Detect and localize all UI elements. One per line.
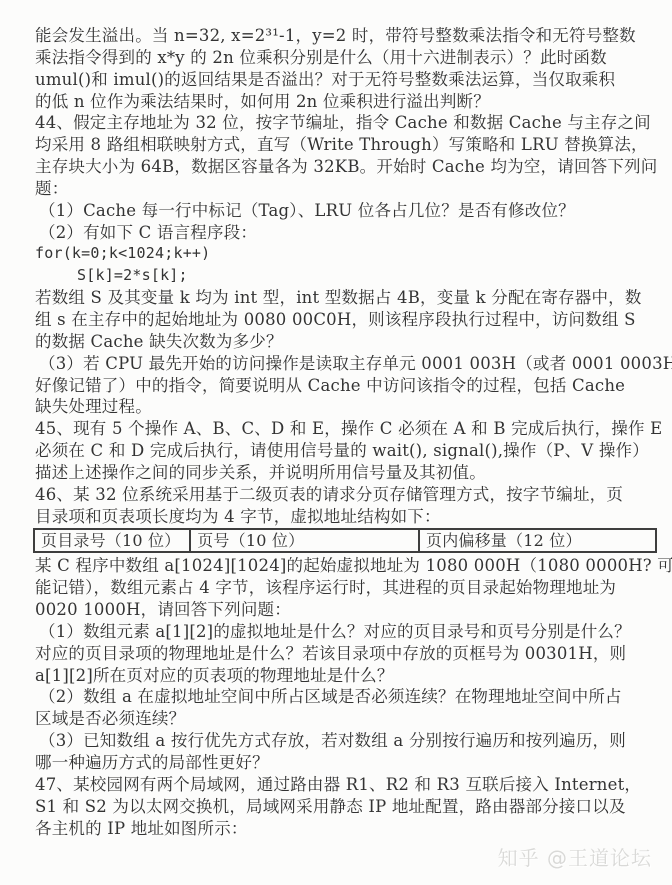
text-line: 的数据 Cache 缺失次数为多少？ [35, 331, 653, 353]
text-line: 能记错），数组元素占 4 字节，该程序运行时，其进程的页目录起始物理地址为 [35, 577, 653, 599]
text-line: 题： [35, 178, 653, 200]
watermark: 知乎 @王道论坛 [498, 842, 652, 871]
text-line: 若数组 S 及其变量 k 均为 int 型，int 型数据占 4B，变量 k 分… [35, 287, 653, 309]
text-line: （1）数组元素 a[1][2]的虚拟地址是什么？对应的页目录号和页号分别是什么？ [35, 621, 653, 643]
text-line: 哪一种遍历方式的局部性更好？ [35, 752, 653, 774]
text-line: 44、假定主存地址为 32 位，按字节编址，指令 Cache 和数据 Cache… [35, 112, 653, 134]
text-line: 46、某 32 位系统采用基于二级页表的请求分页存储管理方式，按字节编址，页 [35, 484, 653, 506]
text-line: 描述上述操作之间的同步关系，并说明所用信号量及其初值。 [35, 462, 653, 484]
text-line: S[k]=2*s[k]; [35, 265, 653, 287]
text-line: 区域是否必须连续？ [35, 708, 653, 730]
text-line: 目录项和页表项长度均为 4 字节，虚拟地址结构如下： [35, 506, 653, 528]
text-line: 的低 n 位作为乘法结果时，如何用 2n 位乘积进行溢出判断？ [35, 91, 653, 113]
address-table-cell: 页内偏移量（12 位） [420, 530, 655, 551]
text-line: 主存块大小为 64B，数据区容量各为 32KB。开始时 Cache 均为空，请回… [35, 156, 653, 178]
text-line: 某 C 程序中数组 a[1024][1024]的起始虚拟地址为 1080 000… [35, 555, 653, 577]
text-block-upper: 能会发生溢出。当 n=32, x=2³¹-1，y=2 时，带符号整数乘法指令和无… [35, 25, 653, 527]
text-line: （2）数组 a 在虚拟地址空间中所占区域是否必须连续？在物理地址空间中所占 [35, 686, 653, 708]
address-table-cell: 页目录号（10 位） [35, 530, 191, 551]
text-line: （3）若 CPU 最先开始的访问操作是读取主存单元 0001 003H（或者 0… [35, 353, 653, 375]
text-line: 各主机的 IP 地址如图所示： [35, 818, 653, 840]
virtual-address-structure-table: 页目录号（10 位）页号（10 位）页内偏移量（12 位） [33, 528, 657, 553]
text-line: for(k=0;k<1024;k++) [35, 243, 653, 265]
text-line: S1 和 S2 为以太网交换机，局域网采用静态 IP 地址配置，路由器部分接口以… [35, 796, 653, 818]
text-line: 45、现有 5 个操作 A、B、C、D 和 E，操作 C 必须在 A 和 B 完… [35, 418, 653, 440]
text-line: 能会发生溢出。当 n=32, x=2³¹-1，y=2 时，带符号整数乘法指令和无… [35, 25, 653, 47]
text-line: 必须在 C 和 D 完成后执行，请使用信号量的 wait(), signal()… [35, 440, 653, 462]
scanned-exam-page: 能会发生溢出。当 n=32, x=2³¹-1，y=2 时，带符号整数乘法指令和无… [35, 25, 653, 839]
text-line: 0020 1000H，请回答下列问题： [35, 599, 653, 621]
text-line: （3）已知数组 a 按行优先方式存放，若对数组 a 分别按行遍历和按列遍历，则 [35, 730, 653, 752]
text-line: 47、某校园网有两个局域网，通过路由器 R1、R2 和 R3 互联后接入 Int… [35, 774, 653, 796]
address-table-cell: 页号（10 位） [191, 530, 420, 551]
text-line: 组 s 在主存中的起始地址为 0080 00C0H，则该程序段执行过程中，访问数… [35, 309, 653, 331]
text-line: （1）Cache 每一行中标记（Tag）、LRU 位各占几位？是否有修改位？ [35, 200, 653, 222]
text-line: 缺失处理过程。 [35, 396, 653, 418]
text-line: umul()和 imul()的返回结果是否溢出？对于无符号整数乘法运算，当仅取乘… [35, 69, 653, 91]
text-line: 均采用 8 路组相联映射方式，直写（Write Through）写策略和 LRU… [35, 134, 653, 156]
text-block-lower: 某 C 程序中数组 a[1024][1024]的起始虚拟地址为 1080 000… [35, 555, 653, 839]
text-line: a[1][2]所在页对应的页表项的物理地址是什么？ [35, 665, 653, 687]
text-line: 好像记错了）中的指令，简要说明从 Cache 中访问该指令的过程，包括 Cach… [35, 375, 653, 397]
text-line: 对应的页目录项的物理地址是什么？若该目录项中存放的页框号为 00301H，则 [35, 643, 653, 665]
text-line: 乘法指令得到的 x*y 的 2n 位乘积分别是什么（用十六进制表示）？此时函数 [35, 47, 653, 69]
text-line: （2）有如下 C 语言程序段： [35, 222, 653, 244]
